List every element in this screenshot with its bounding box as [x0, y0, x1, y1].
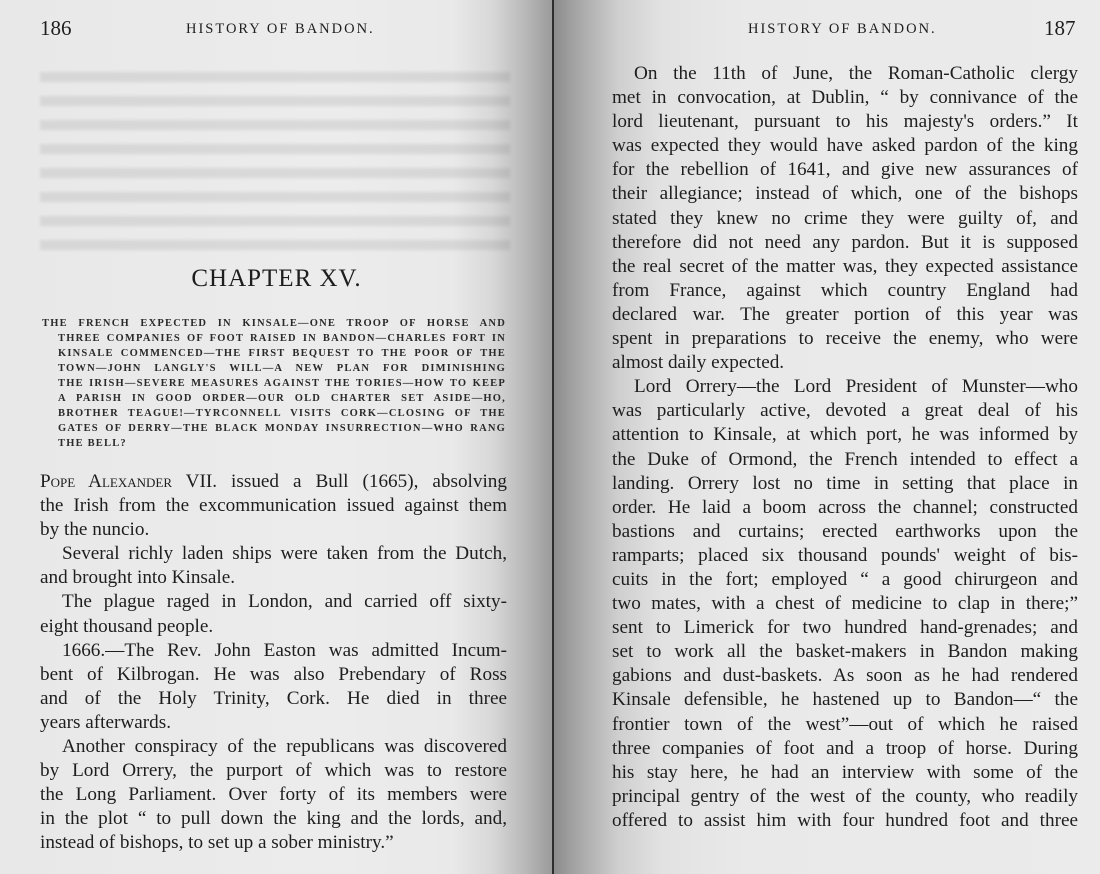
book-spread: 186 HISTORY OF BANDON. CHAPTER XV. THE F… — [0, 0, 1100, 874]
text-line: gabions and dust-baskets. As soon as he … — [612, 664, 1078, 688]
synopsis-line: THREE COMPANIES OF FOOT RAISED IN BANDON… — [42, 331, 506, 346]
text-line: declared war. The greater portion of thi… — [612, 303, 1078, 327]
running-head-left: HISTORY OF BANDON. — [186, 21, 375, 38]
synopsis-line: THE BELL? — [42, 436, 506, 451]
text-line: the Irish from the excommunication issue… — [40, 494, 507, 518]
synopsis-line: A PARISH IN GOOD ORDER—OUR OLD CHARTER S… — [42, 391, 506, 406]
text-line: the Duke of Ormond, the French intended … — [612, 448, 1078, 472]
running-head-right: HISTORY OF BANDON. — [748, 21, 937, 38]
text-line: instead of bishops, to set up a sober mi… — [40, 831, 507, 855]
text-line: ramparts; placed six thousand pounds' we… — [612, 544, 1078, 568]
text-line: was expected they would have asked pardo… — [612, 134, 1078, 158]
text-line: eight thousand people. — [40, 615, 507, 639]
synopsis-line: THE FRENCH EXPECTED IN KINSALE—ONE TROOP… — [42, 316, 506, 331]
text-line: order. He laid a boom across the channel… — [612, 496, 1078, 520]
right-body-text: On the 11th of June, the Roman-Catholic … — [612, 62, 1078, 833]
text-line: from France, against which country Engla… — [612, 279, 1078, 303]
text-line: set to work all the basket-makers in Ban… — [612, 640, 1078, 664]
text-line: spent in preparations to receive the ene… — [612, 327, 1078, 351]
synopsis-line: THE IRISH—SEVERE MEASURES AGAINST THE TO… — [42, 376, 506, 391]
text-line: the real secret of the matter was, they … — [612, 255, 1078, 279]
text-line: Several richly laden ships were taken fr… — [40, 542, 507, 566]
text-line: by Lord Orrery, the purport of which was… — [40, 759, 507, 783]
left-body-text: Pope Alexander VII. issued a Bull (1665)… — [40, 470, 507, 856]
text-line: landing. Orrery lost no time in setting … — [612, 472, 1078, 496]
synopsis-line: GATES OF DERRY—THE BLACK MONDAY INSURREC… — [42, 421, 506, 436]
chapter-synopsis: THE FRENCH EXPECTED IN KINSALE—ONE TROOP… — [42, 316, 506, 451]
synopsis-line: TOWN—JOHN LANGLY'S WILL—A NEW PLAN FOR D… — [42, 361, 506, 376]
text-line: met in convocation, at Dublin, “ by conn… — [612, 86, 1078, 110]
text-line: 1666.—The Rev. John Easton was admitted … — [40, 639, 507, 663]
text-line: The plague raged in London, and carried … — [40, 590, 507, 614]
chapter-title: CHAPTER XV. — [0, 265, 553, 293]
text-line: and of the Holy Trinity, Cork. He died i… — [40, 687, 507, 711]
synopsis-line: KINSALE COMMENCED—THE FIRST BEQUEST TO T… — [42, 346, 506, 361]
text-line: almost daily expected. — [612, 351, 1078, 375]
text-line: three companies of foot and a troop of h… — [612, 737, 1078, 761]
text-line: cuits in the fort; employed “ a good chi… — [612, 568, 1078, 592]
text-line: lord lieutenant, pursuant to his majesty… — [612, 110, 1078, 134]
text-line: Kinsale defensible, he hastened up to Ba… — [612, 688, 1078, 712]
text-line: their allegiance; instead of which, one … — [612, 182, 1078, 206]
lead-smallcaps: Pope Alexander — [40, 471, 172, 492]
text-line: attention to Kinsale, at which port, he … — [612, 423, 1078, 447]
synopsis-line: BROTHER TEAGUE!—TYRCONNELL VISITS CORK—C… — [42, 406, 506, 421]
text-line: Pope Alexander VII. issued a Bull (1665)… — [40, 470, 507, 494]
text-line: principal gentry of the west of the coun… — [612, 785, 1078, 809]
text-line: bastions and curtains; erected earthwork… — [612, 520, 1078, 544]
text-line: stated they knew no crime they were guil… — [612, 207, 1078, 231]
text-line: years afterwards. — [40, 711, 507, 735]
text-line: therefore did not need any pardon. But i… — [612, 231, 1078, 255]
left-page: 186 HISTORY OF BANDON. CHAPTER XV. THE F… — [0, 0, 553, 874]
page-number-left: 186 — [40, 16, 72, 41]
book-gutter — [552, 0, 554, 874]
text-line: was particularly active, devoted a great… — [612, 399, 1078, 423]
text-line: Another conspiracy of the republicans wa… — [40, 735, 507, 759]
text-line: by the nuncio. — [40, 518, 507, 542]
text-line: and brought into Kinsale. — [40, 566, 507, 590]
page-number-right: 187 — [1044, 16, 1076, 41]
text-line: for the rebellion of 1641, and give new … — [612, 158, 1078, 182]
text-line: sent to Limerick for two hundred hand-gr… — [612, 616, 1078, 640]
text-line: in the plot “ to pull down the king and … — [40, 807, 507, 831]
text-line: Lord Orrery—the Lord President of Munste… — [612, 375, 1078, 399]
text-line: the Long Parliament. Over forty of its m… — [40, 783, 507, 807]
text-line: frontier town of the west”—out of which … — [612, 713, 1078, 737]
text-line: bent of Kilbrogan. He was also Prebendar… — [40, 663, 507, 687]
text-line: On the 11th of June, the Roman-Catholic … — [612, 62, 1078, 86]
text-line: two mates, with a chest of medicine to c… — [612, 592, 1078, 616]
text-line: offered to assist him with four hundred … — [612, 809, 1078, 833]
text-line: his stay here, he had an interview with … — [612, 761, 1078, 785]
show-through-text — [40, 62, 510, 262]
